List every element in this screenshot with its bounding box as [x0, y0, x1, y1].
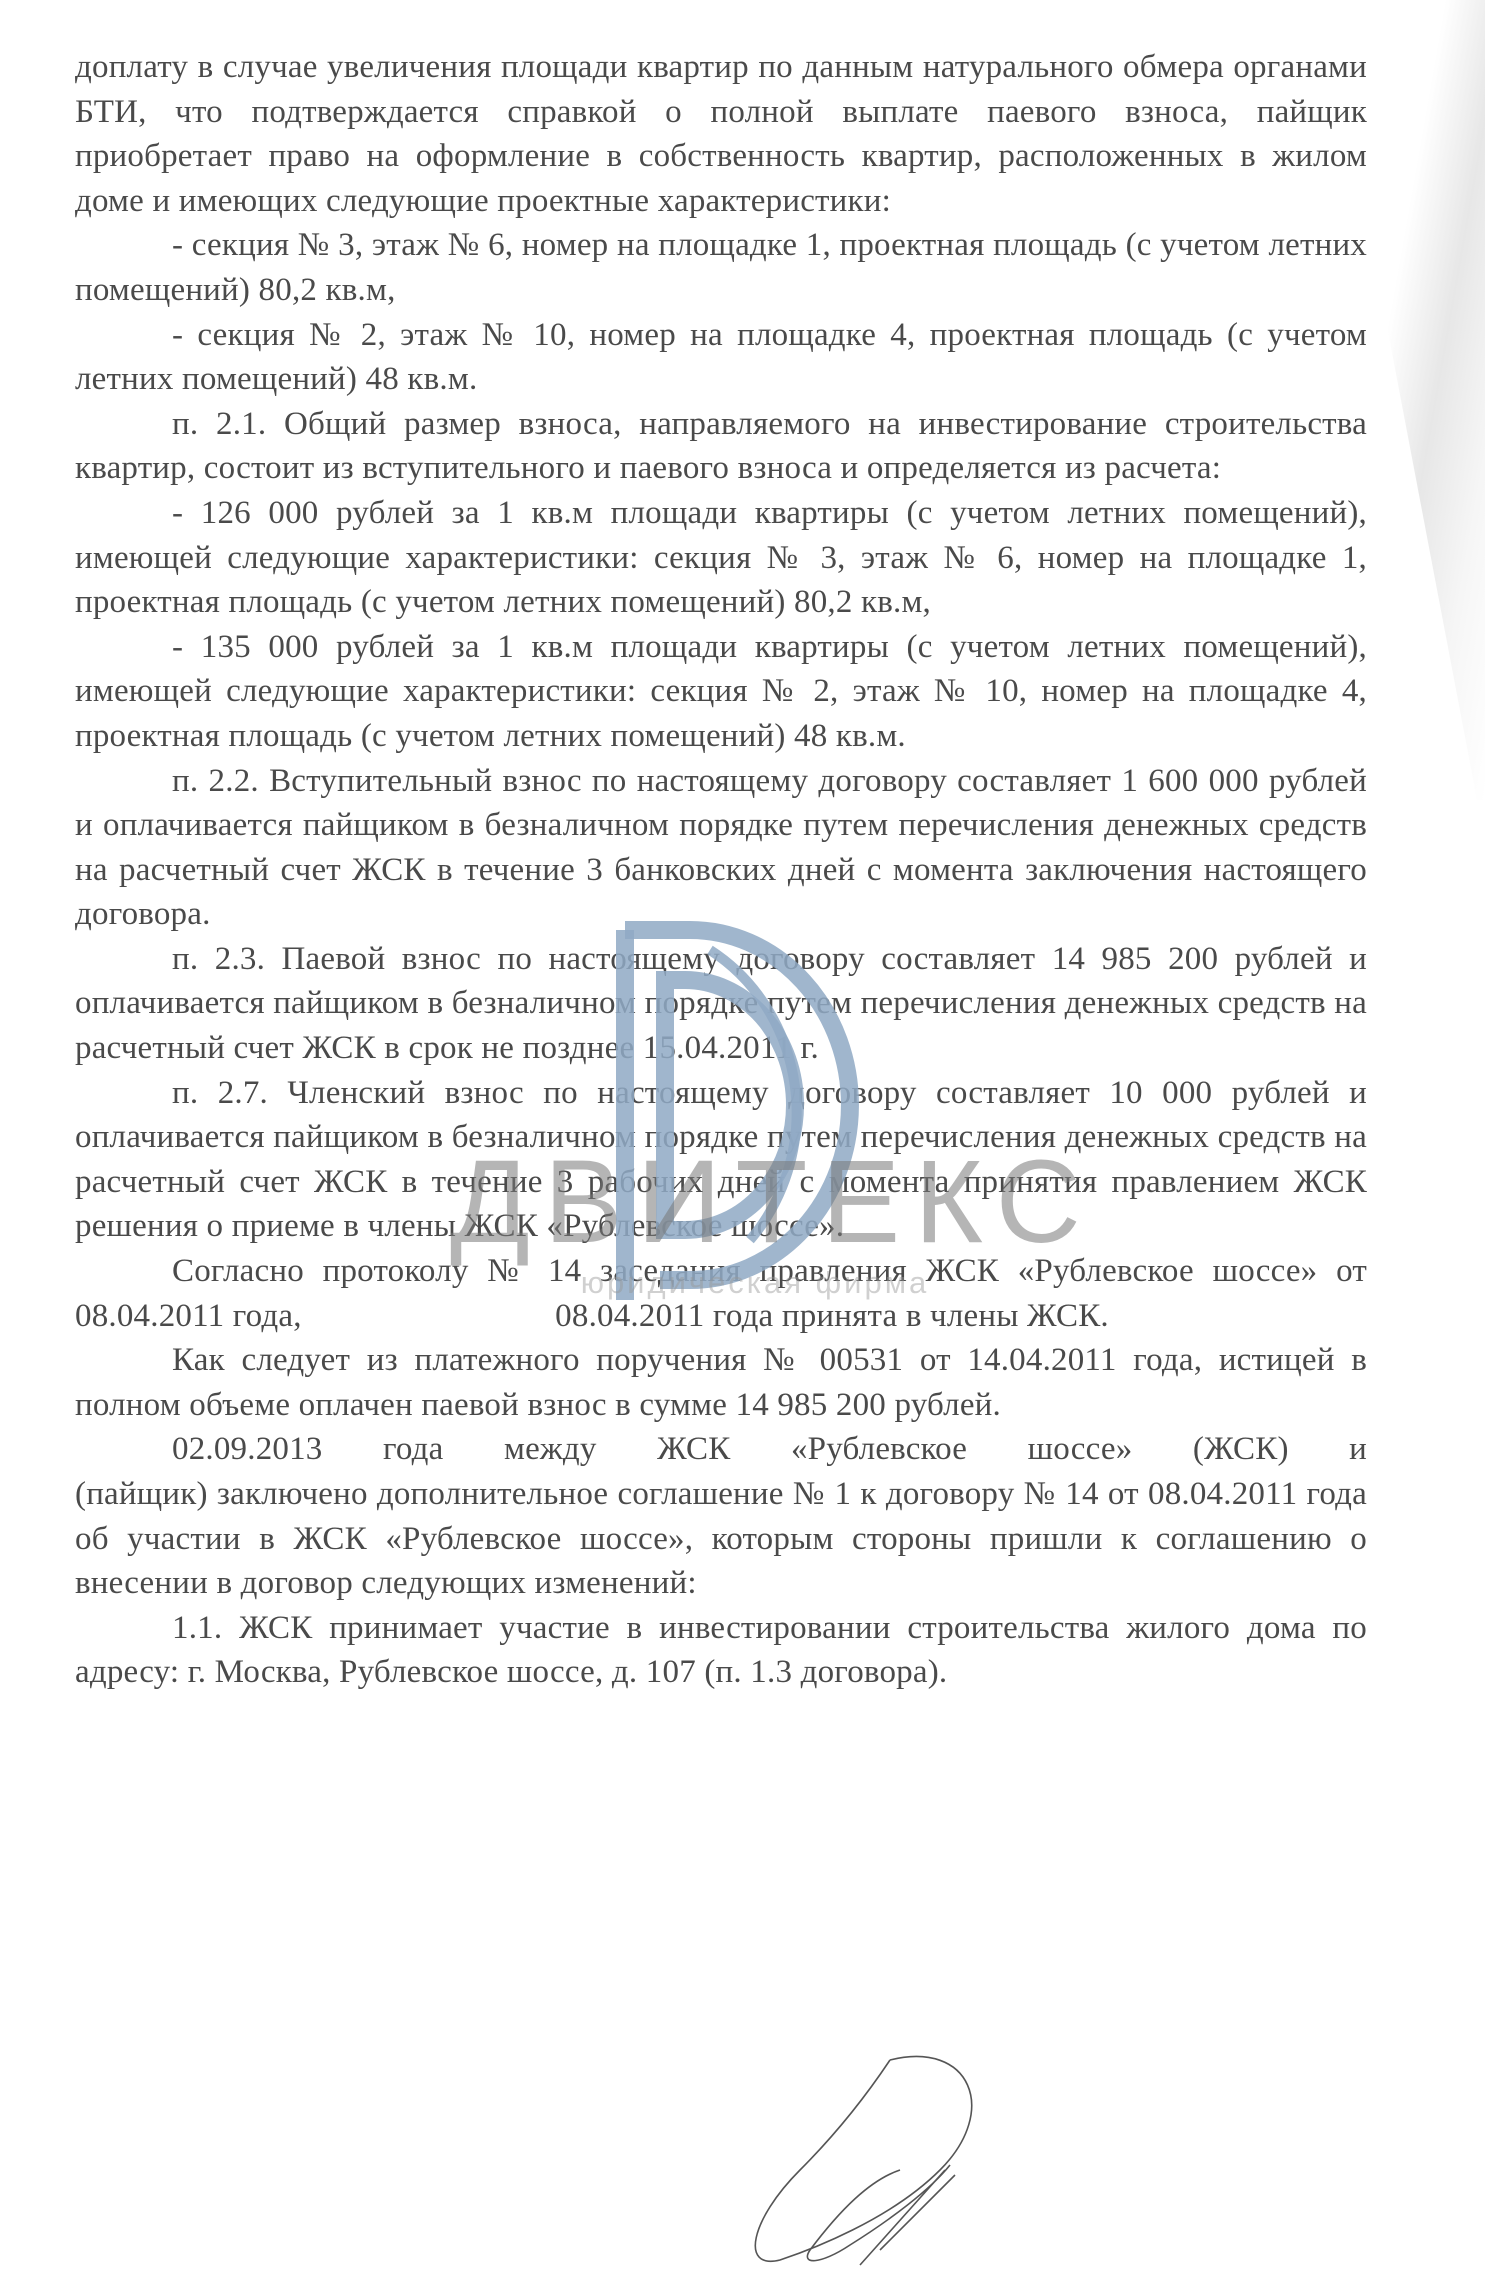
paragraph-clause-2-3: п. 2.3. Паевой взнос по настоящему догов… [75, 937, 1367, 1071]
paragraph-payment: Как следует из платежного поручения № 00… [75, 1338, 1367, 1427]
paragraph-clause-2-2: п. 2.2. Вступительный взнос по настоящем… [75, 759, 1367, 937]
paragraph-apartment-2: - секция № 2, этаж № 10, номер на площад… [75, 313, 1367, 402]
document-body: доплату в случае увеличения площади квар… [75, 45, 1367, 1695]
paragraph-apartment-1: - секция № 3, этаж № 6, номер на площадк… [75, 223, 1367, 312]
watermark-subtitle: юридическая фирма [530, 1265, 980, 1301]
paragraph-clause-2-1: п. 2.1. Общий размер взноса, направляемо… [75, 402, 1367, 491]
paragraph-price-1: - 126 000 рублей за 1 кв.м площади кварт… [75, 491, 1367, 625]
signature-icon [740, 2050, 1040, 2270]
paragraph-clause-1-1: 1.1. ЖСК принимает участие в инвестирова… [75, 1606, 1367, 1695]
watermark-name: ДВИТЕКС [450, 1143, 1010, 1261]
paragraph-agreement: 02.09.2013 года между ЖСК «Рублевское шо… [75, 1427, 1367, 1605]
paragraph-intro: доплату в случае увеличения площади квар… [75, 45, 1367, 223]
paragraph-price-2: - 135 000 рублей за 1 кв.м площади кварт… [75, 625, 1367, 759]
